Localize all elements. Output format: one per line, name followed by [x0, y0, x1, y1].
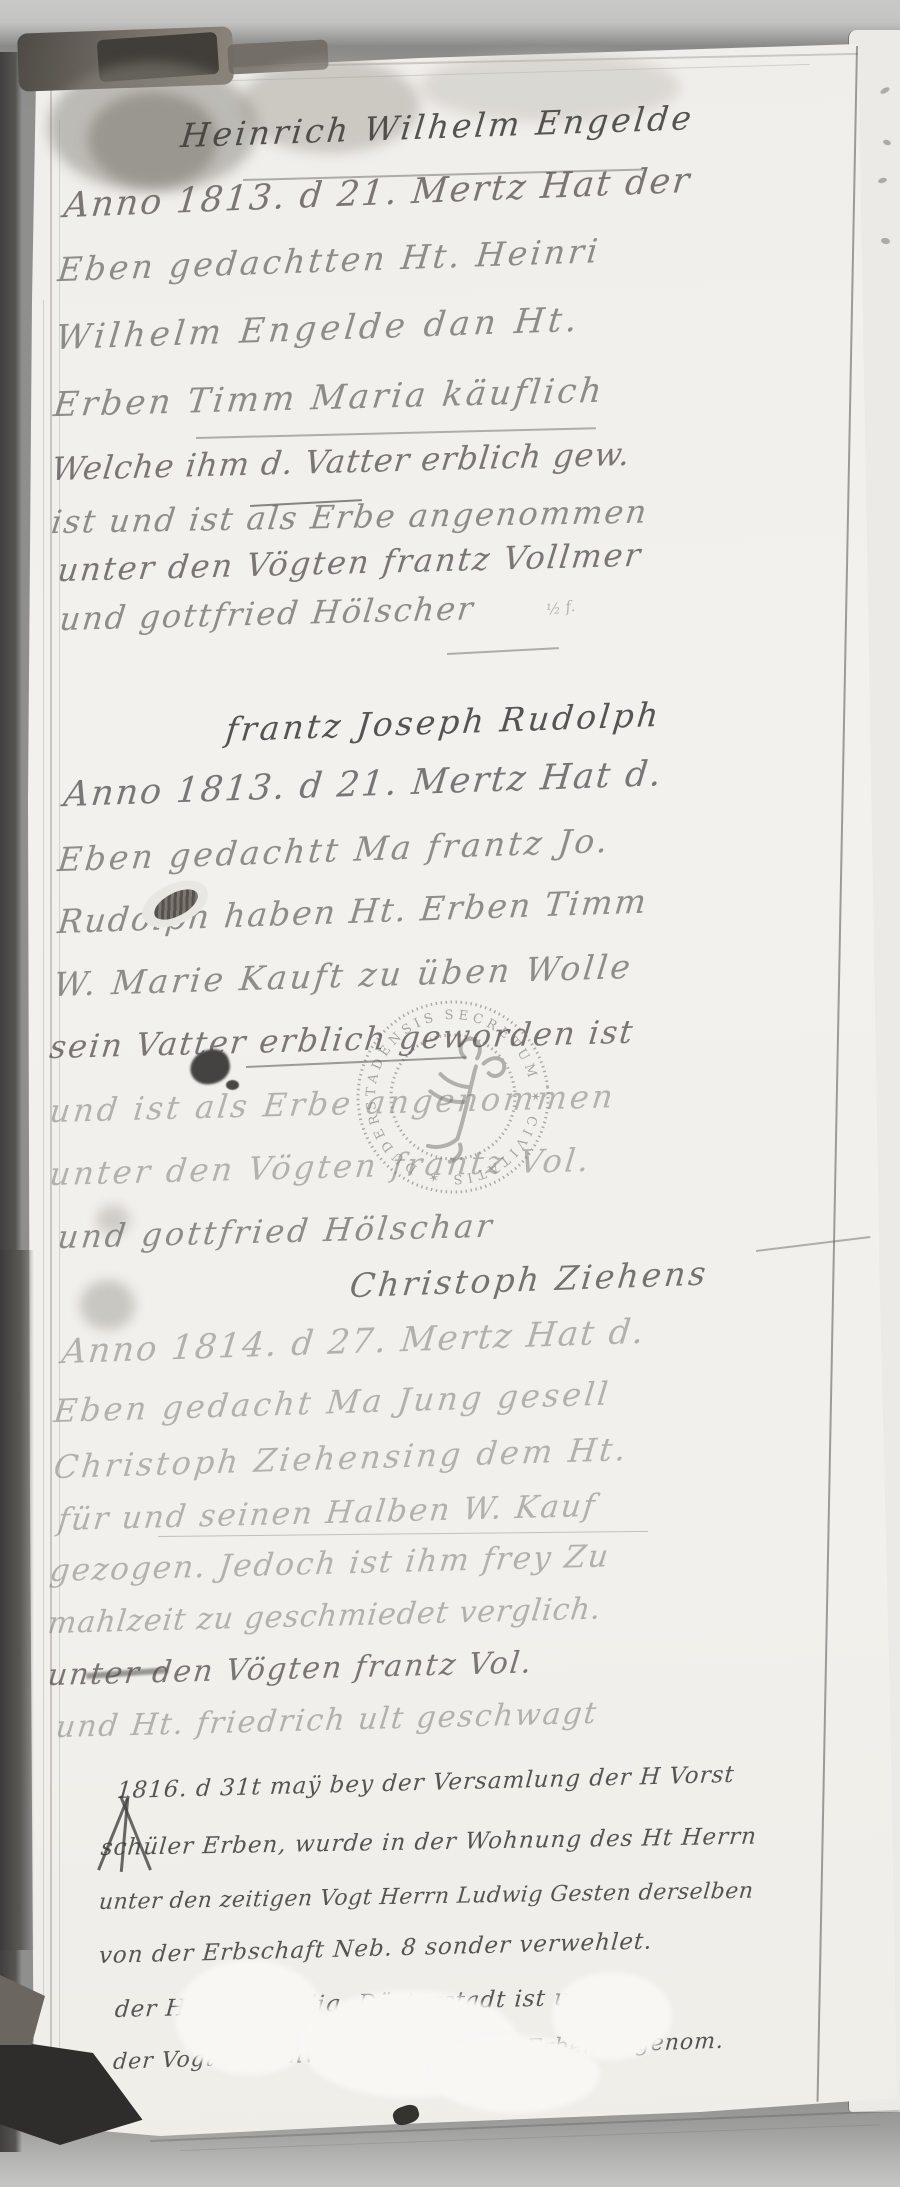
scanned-manuscript-page: SECRETUM ✶ CIVITATIS ✶ DUDERSTADENSIS He…: [0, 0, 900, 2187]
ink-blot-small: [226, 1080, 239, 1090]
stain: [80, 1280, 135, 1330]
book-spine-shadow: [0, 1250, 34, 1950]
paper-damage-patch: [175, 1960, 325, 2075]
paper-damage-patch: [552, 1972, 672, 2060]
margin-crease: [43, 300, 44, 2000]
